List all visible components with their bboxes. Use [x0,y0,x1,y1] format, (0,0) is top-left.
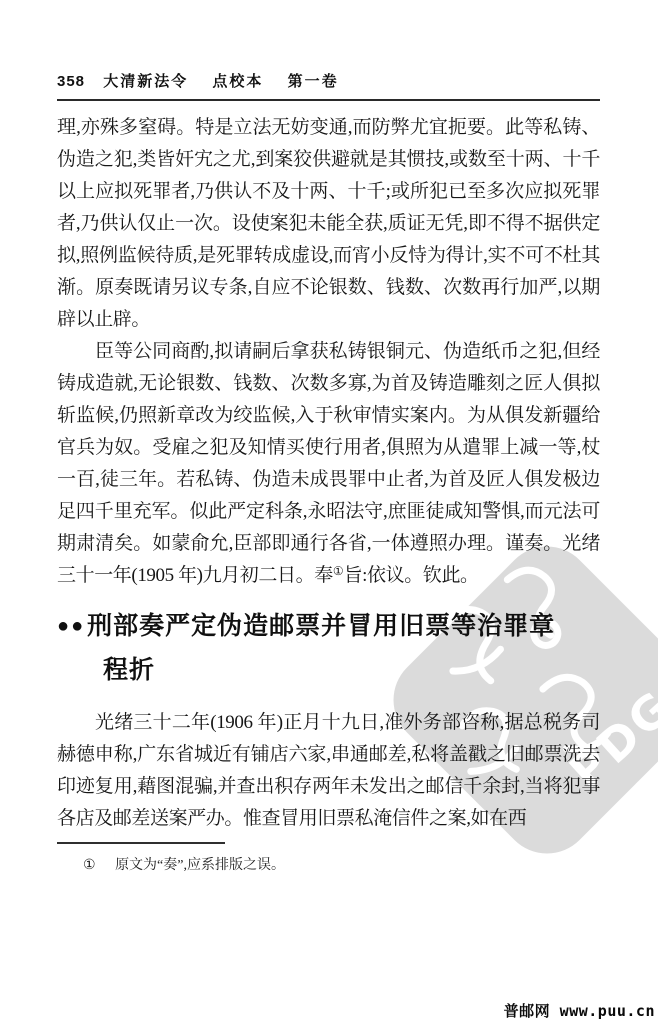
edition-label: 点校本 [212,73,263,90]
footnote-text: 原文为“奏”,应系排版之误。 [115,858,285,873]
book-title: 大清新法令 [103,73,188,90]
section-heading: ●●刑部奏严定伪造邮票并冒用旧票等治罪章程折 [57,604,600,693]
footnote-reference-marker: ① [333,564,344,578]
text-column: 理,亦殊多窒碍。特是立法无妨变通,而防弊尤宜扼要。此等私铸、伪造之犯,类皆奸宄之… [57,112,600,835]
volume-label: 第一卷 [288,73,339,90]
site-watermark: 普邮网 www.puu.cn [504,1000,655,1021]
footnote-divider [57,842,225,844]
running-head: 358 大清新法令 点校本 第一卷 [57,70,600,91]
paragraph-memorial-proposal: 臣等公同商酌,拟请嗣后拿获私铸银铜元、伪造纸币之犯,但经铸成造就,无论银数、钱数… [57,336,600,592]
footnote: ① 原文为“奏”,应系排版之误。 [83,855,583,877]
memorial-text-after-marker: 旨:依议。钦此。 [344,565,479,586]
section-heading-line2: 程折 [103,649,600,693]
footnote-marker: ① [83,858,96,873]
paragraph-continuation: 理,亦殊多窒碍。特是立法无妨变通,而防弊尤宜扼要。此等私铸、伪造之犯,类皆奸宄之… [57,112,600,336]
header-rule [57,99,600,101]
page-number: 358 [57,73,85,90]
section-bullet-icons: ●● [57,615,85,637]
memorial-text-before-marker: 臣等公同商酌,拟请嗣后拿获私铸银铜元、伪造纸币之犯,但经铸成造就,无论银数、钱数… [57,341,600,586]
section-heading-line1: 刑部奏严定伪造邮票并冒用旧票等治罪章 [87,613,555,640]
paragraph-edict: 光绪三十二年(1906 年)正月十九日,准外务部咨称,据总税务司赫德申称,广东省… [57,707,600,835]
